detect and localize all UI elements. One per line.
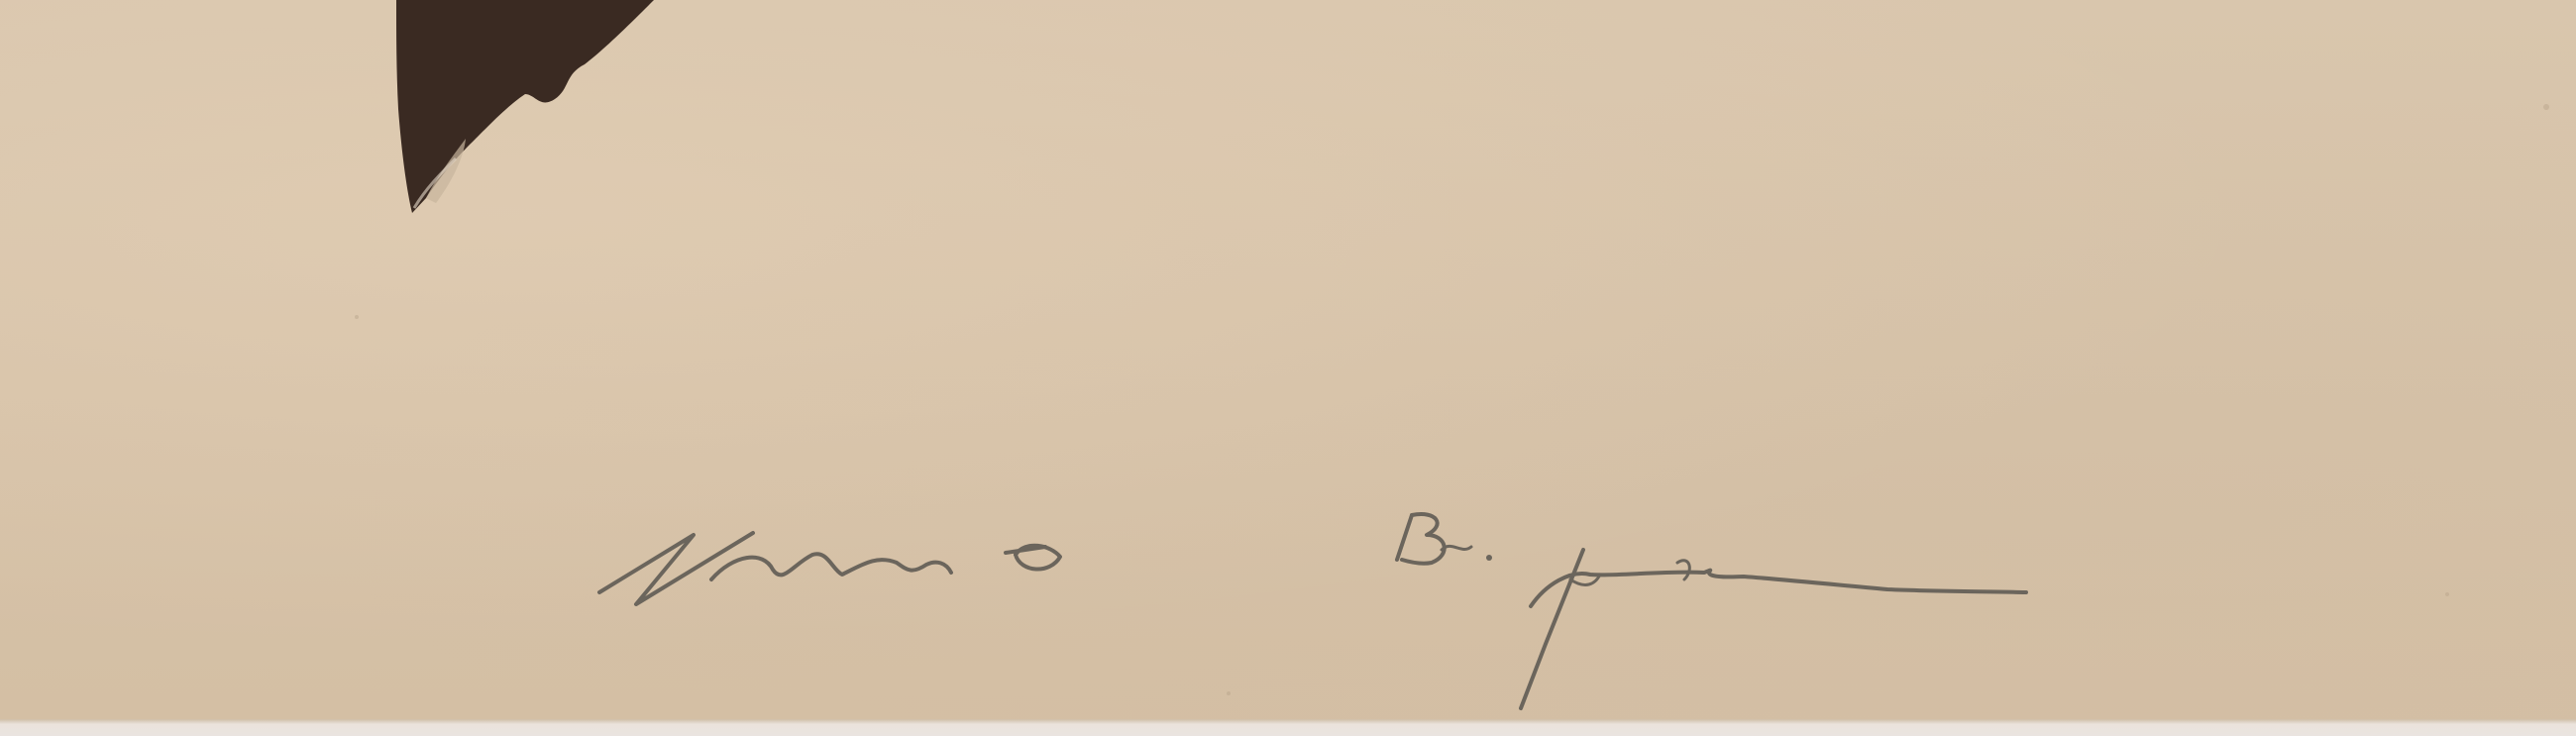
- artwork-drawing: [0, 0, 2576, 736]
- paper-speckles: [355, 104, 2549, 695]
- artwork-photo: [0, 0, 2576, 736]
- pencil-signature: [599, 514, 2026, 708]
- ink-shape: [396, 0, 654, 213]
